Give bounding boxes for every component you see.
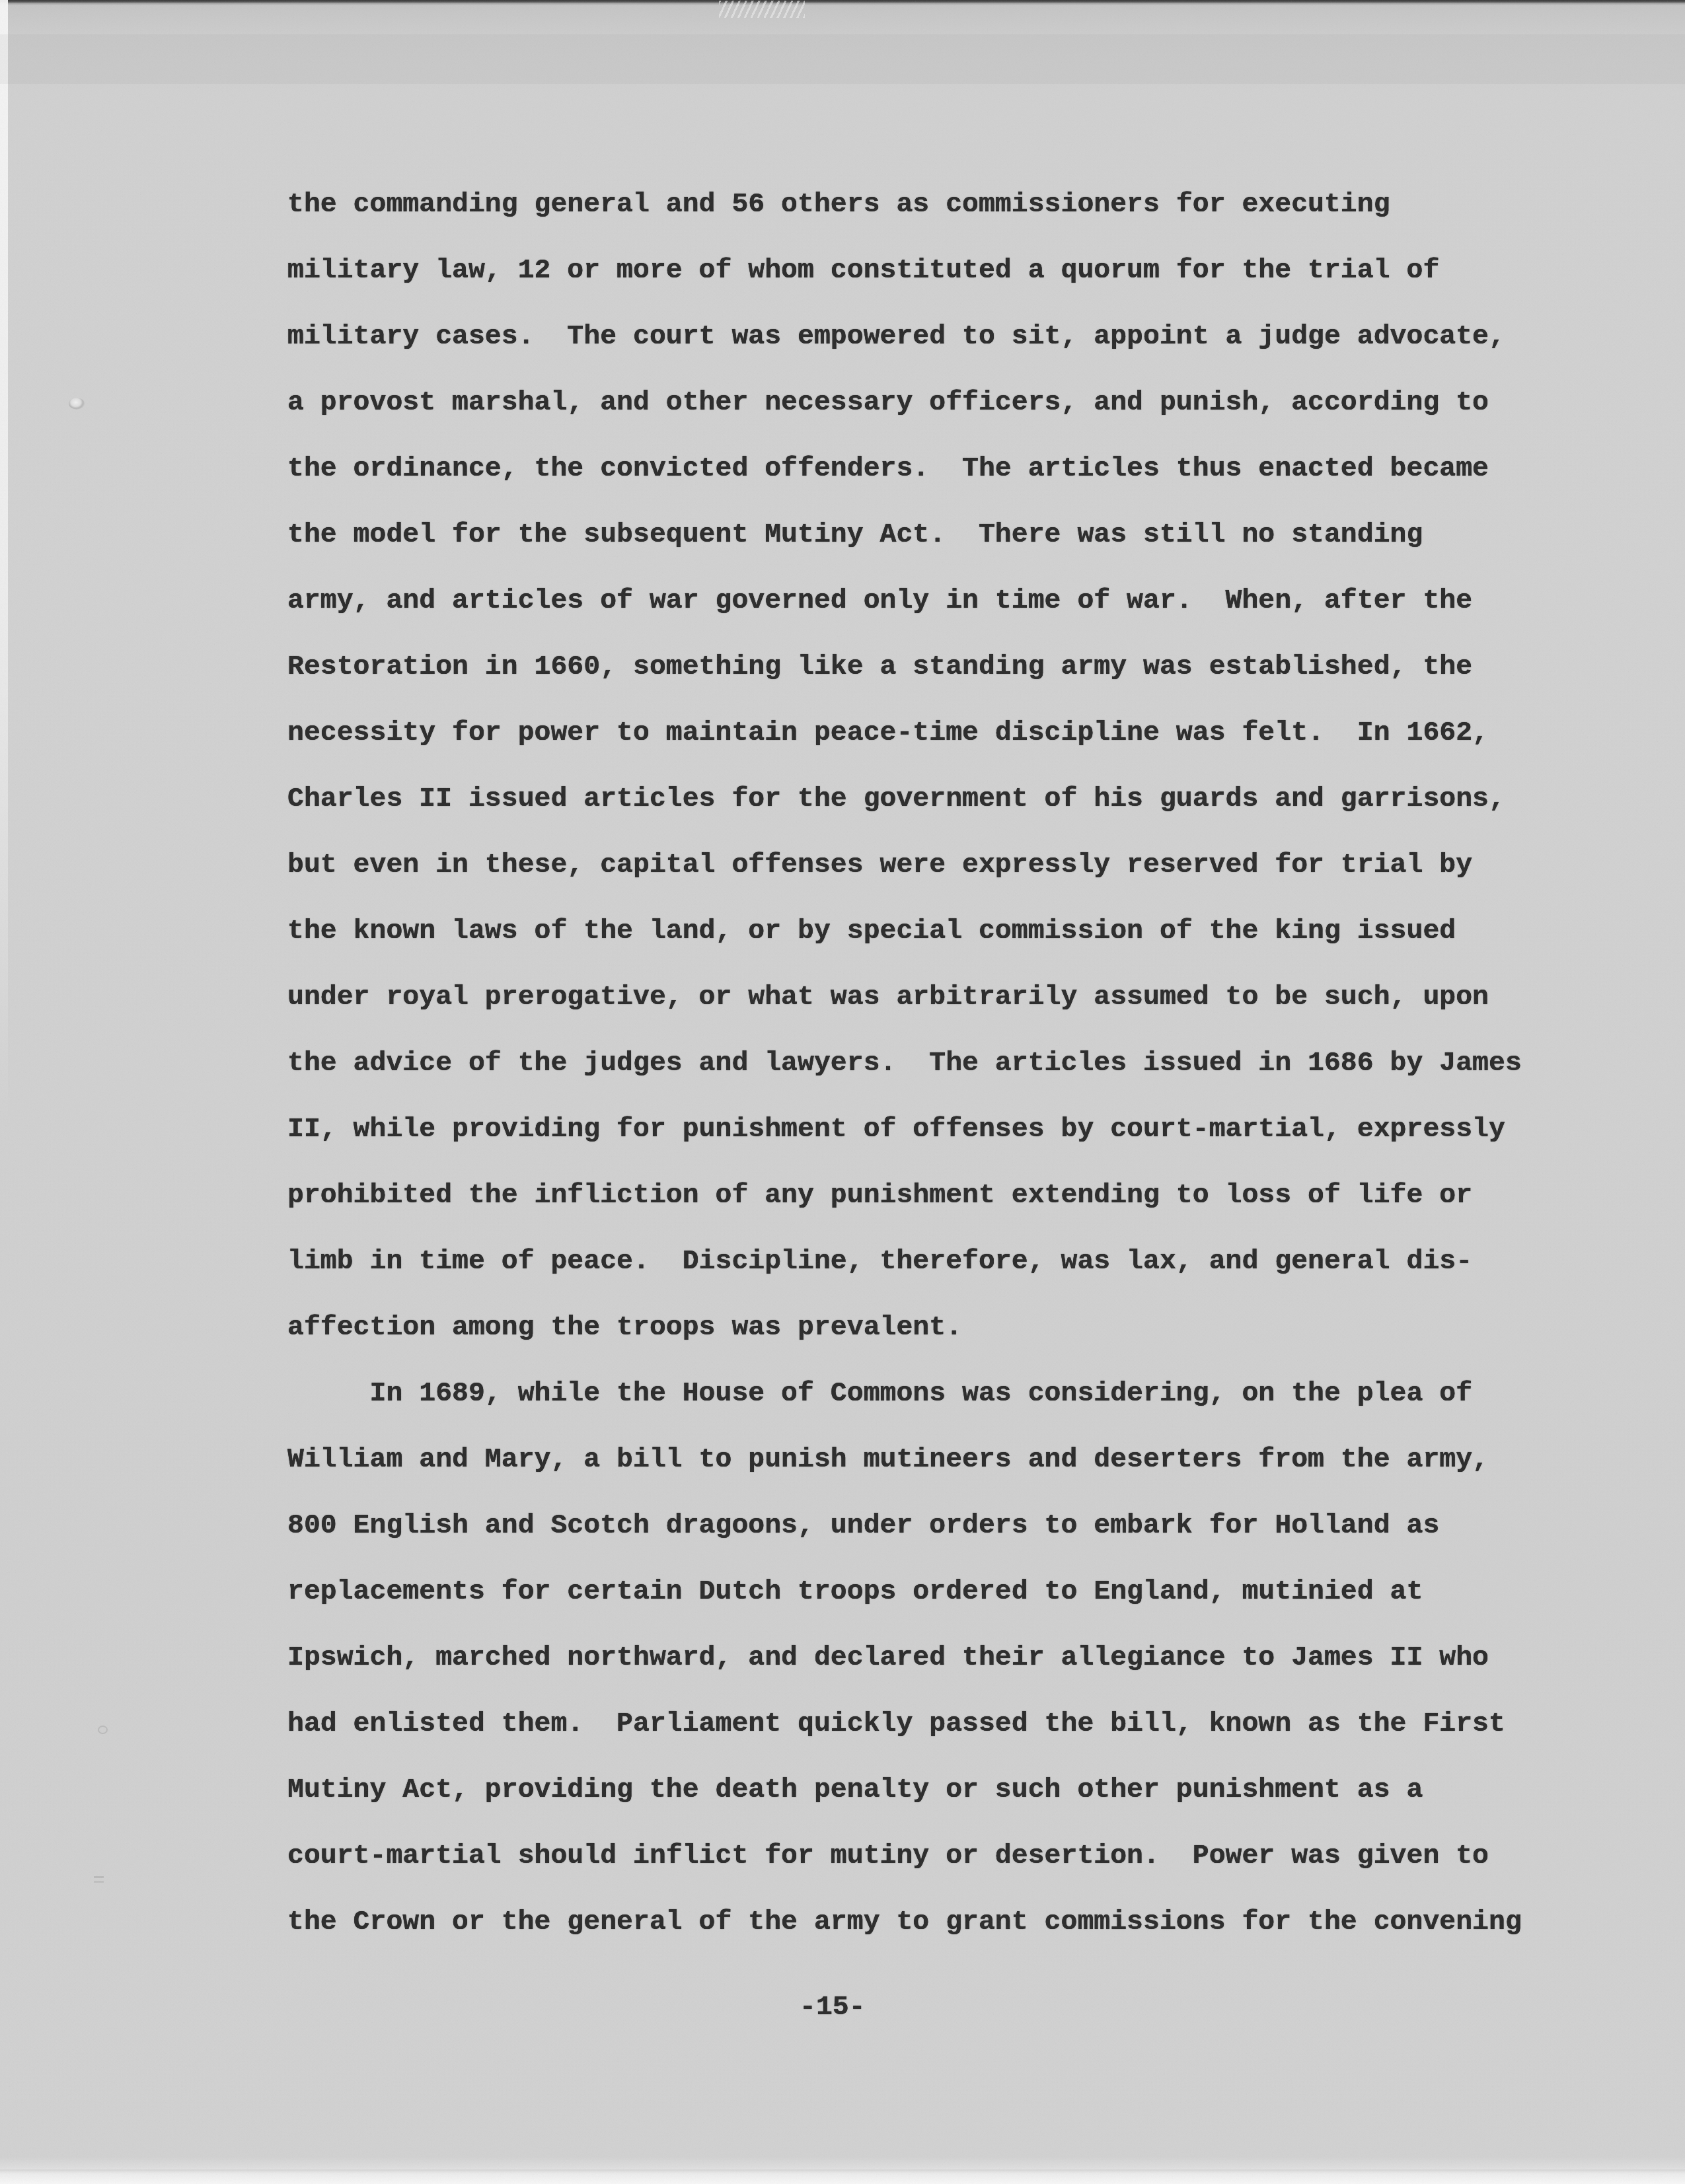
scan-speck (98, 1726, 108, 1734)
page-number: -15- (800, 1975, 866, 2041)
scan-edge-top (0, 0, 1685, 5)
scan-edge-bottom (0, 2169, 1685, 2184)
scan-speck (69, 398, 85, 410)
typewritten-body-text: the commanding general and 56 others as … (287, 172, 1609, 1955)
scan-shadow-band (0, 34, 1685, 84)
scan-scratch-marks (719, 1, 805, 18)
scan-edge-left (0, 0, 8, 1123)
scanned-document: { "document": { "page_number": "-15-", "… (0, 0, 1685, 2184)
scan-speck (94, 1876, 104, 1878)
